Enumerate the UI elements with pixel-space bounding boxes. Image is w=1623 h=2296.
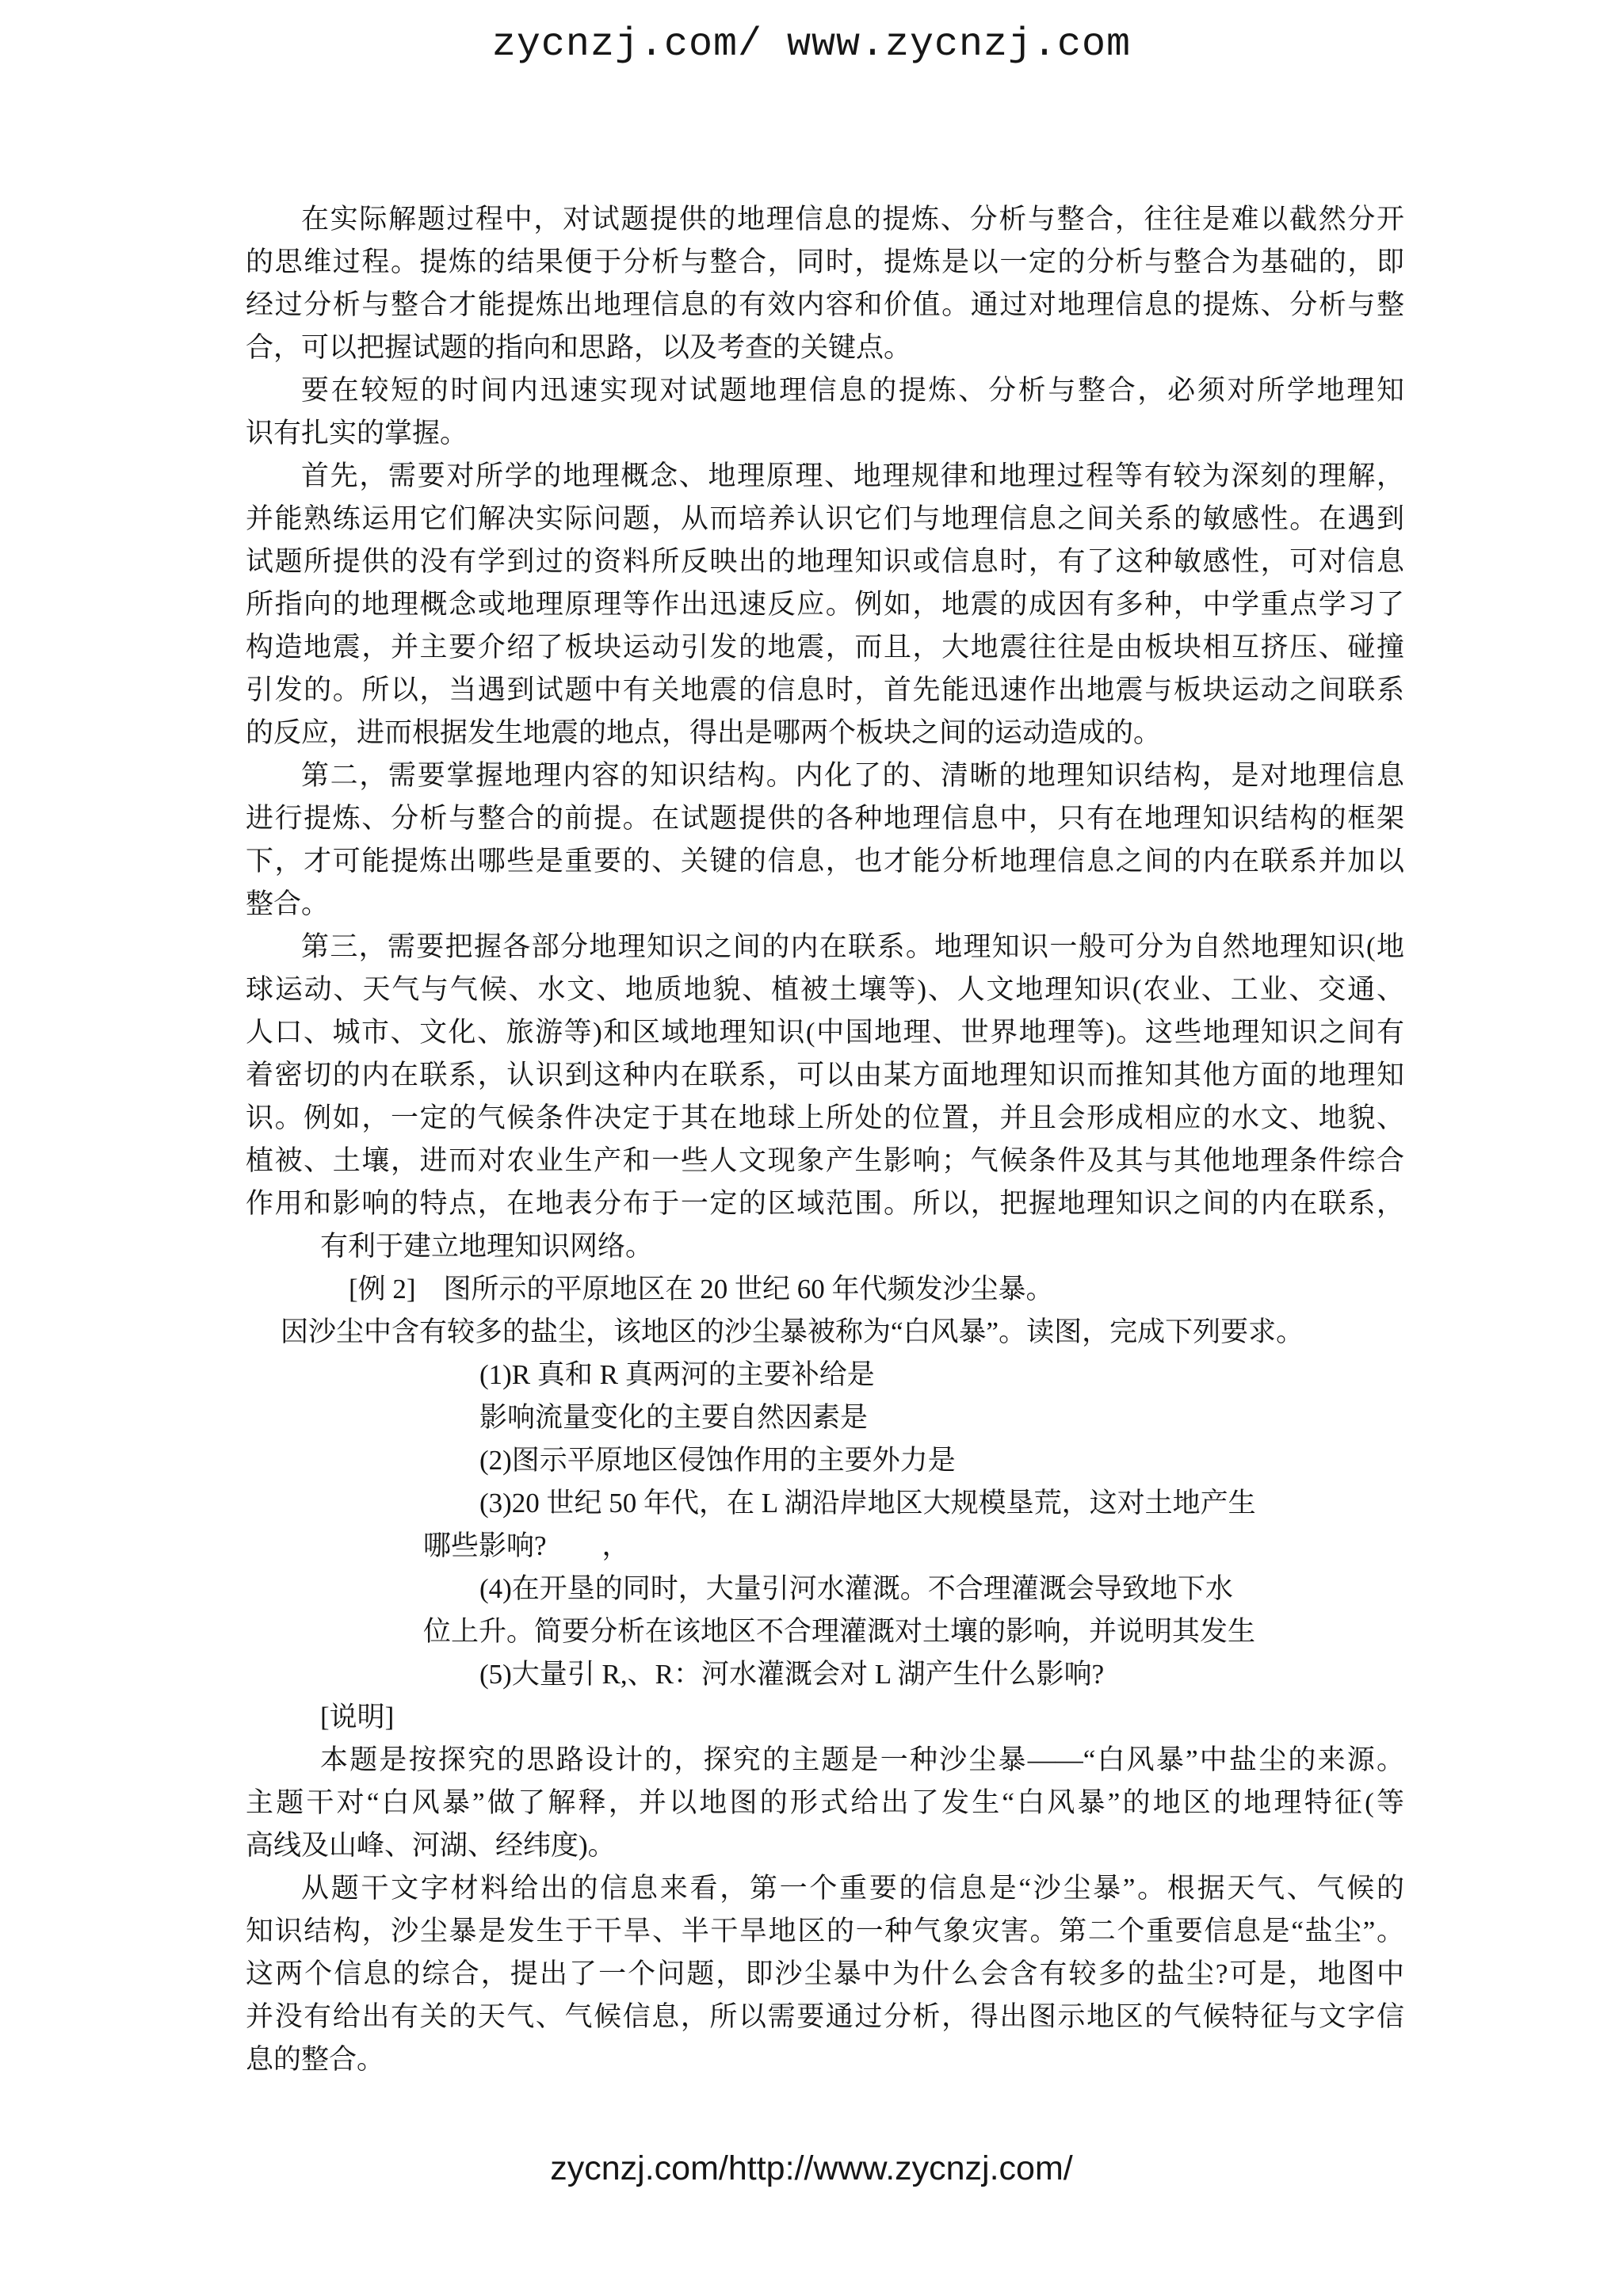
text-line: 因沙尘中含有较多的盐尘，该地区的沙尘暴被称为“白风暴”。读图，完成下列要求。 (246, 1311, 1404, 1354)
text-line: 识有扎实的掌握。 (246, 412, 1404, 455)
text-line: (1)R 真和 R 真两河的主要补给是 (246, 1354, 1404, 1396)
text-line: 第二，需要掌握地理内容的知识结构。内化了的、清晰的地理知识结构，是对地理信息 (246, 755, 1404, 797)
footer-watermark-url: zycnzj.com/http://www.zycnzj.com/ (0, 2149, 1623, 2188)
document-page: zycnzj.com/ www.zycnzj.com 在实际解题过程中，对试题提… (0, 0, 1623, 2296)
text-line: (4)在开垦的同时，大量引河水灌溉。不合理灌溉会导致地下水 (246, 1568, 1404, 1610)
text-line: 首先，需要对所学的地理概念、地理原理、地理规律和地理过程等有较为深刻的理解， (246, 455, 1404, 498)
document-body: 在实际解题过程中，对试题提供的地理信息的提炼、分析与整合，往往是难以截然分开的思… (246, 198, 1404, 2081)
text-line: 人口、城市、文化、旅游等)和区域地理知识(中国地理、世界地理等)。这些地理知识之… (246, 1011, 1404, 1054)
text-line: (2)图示平原地区侵蚀作用的主要外力是 (246, 1439, 1404, 1482)
text-line: 引发的。所以，当遇到试题中有关地震的信息时，首先能迅速作出地震与板块运动之间联系 (246, 669, 1404, 712)
text-line: 整合。 (246, 883, 1404, 926)
text-line: 试题所提供的没有学到过的资料所反映出的地理知识或信息时，有了这种敏感性，可对信息 (246, 541, 1404, 583)
text-line: 所指向的地理概念或地理原理等作出迅速反应。例如，地震的成因有多种，中学重点学习了 (246, 583, 1404, 626)
text-line: 影响流量变化的主要自然因素是 (246, 1396, 1404, 1439)
text-line: 主题干对“白风暴”做了解释，并以地图的形式给出了发生“白风暴”的地区的地理特征(… (246, 1782, 1404, 1824)
text-line: 息的整合。 (246, 2038, 1404, 2081)
text-line: 合，可以把握试题的指向和思路，以及考查的关键点。 (246, 327, 1404, 369)
text-line: 这两个信息的综合，提出了一个问题，即沙尘暴中为什么会含有较多的盐尘?可是，地图中 (246, 1953, 1404, 1996)
text-line: 要在较短的时间内迅速实现对试题地理信息的提炼、分析与整合，必须对所学地理知 (246, 369, 1404, 412)
text-line: 在实际解题过程中，对试题提供的地理信息的提炼、分析与整合，往往是难以截然分开 (246, 198, 1404, 241)
text-line: 的反应，进而根据发生地震的地点，得出是哪两个板块之间的运动造成的。 (246, 712, 1404, 755)
text-line: 并能熟练运用它们解决实际问题，从而培养认识它们与地理信息之间关系的敏感性。在遇到 (246, 498, 1404, 541)
text-line: [例 2] 图所示的平原地区在 20 世纪 60 年代频发沙尘暴。 (246, 1268, 1404, 1311)
text-line: 有利于建立地理知识网络。 (246, 1225, 1404, 1268)
text-line: (3)20 世纪 50 年代，在 L 湖沿岸地区大规模垦荒，这对土地产生 (246, 1482, 1404, 1525)
text-line: 从题干文字材料给出的信息来看，第一个重要的信息是“沙尘暴”。根据天气、气候的 (246, 1867, 1404, 1910)
text-line: 哪些影响? ， (246, 1525, 1404, 1568)
text-line: [说明] (246, 1696, 1404, 1739)
text-line: 本题是按探究的思路设计的，探究的主题是一种沙尘暴——“白风暴”中盐尘的来源。 (246, 1739, 1404, 1782)
text-line: 作用和影响的特点，在地表分布于一定的区域范围。所以，把握地理知识之间的内在联系， (246, 1182, 1404, 1225)
text-line: 第三，需要把握各部分地理知识之间的内在联系。地理知识一般可分为自然地理知识(地 (246, 926, 1404, 968)
text-line: 进行提炼、分析与整合的前提。在试题提供的各种地理信息中，只有在地理知识结构的框架 (246, 797, 1404, 840)
text-line: (5)大量引 R,、R：河水灌溉会对 L 湖产生什么影响? (246, 1653, 1404, 1696)
text-line: 经过分析与整合才能提炼出地理信息的有效内容和价值。通过对地理信息的提炼、分析与整 (246, 284, 1404, 327)
text-line: 植被、土壤，进而对农业生产和一些人文现象产生影响；气候条件及其与其他地理条件综合 (246, 1140, 1404, 1182)
text-line: 球运动、天气与气候、水文、地质地貌、植被土壤等)、人文地理知识(农业、工业、交通… (246, 968, 1404, 1011)
text-line: 知识结构，沙尘暴是发生于干旱、半干旱地区的一种气象灾害。第二个重要信息是“盐尘”… (246, 1910, 1404, 1953)
text-line: 识。例如，一定的气候条件决定于其在地球上所处的位置，并且会形成相应的水文、地貌、 (246, 1097, 1404, 1140)
text-line: 位上升。简要分析在该地区不合理灌溉对土壤的影响，并说明其发生 (246, 1610, 1404, 1653)
text-line: 的思维过程。提炼的结果便于分析与整合，同时，提炼是以一定的分析与整合为基础的，即 (246, 241, 1404, 284)
text-line: 高线及山峰、河湖、经纬度)。 (246, 1824, 1404, 1867)
text-line: 着密切的内在联系，认识到这种内在联系，可以由某方面地理知识而推知其他方面的地理知 (246, 1054, 1404, 1097)
text-line: 并没有给出有关的天气、气候信息，所以需要通过分析，得出图示地区的气候特征与文字信 (246, 1996, 1404, 2038)
header-watermark-url: zycnzj.com/ www.zycnzj.com (0, 22, 1623, 67)
text-line: 下，才可能提炼出哪些是重要的、关键的信息，也才能分析地理信息之间的内在联系并加以 (246, 840, 1404, 883)
text-line: 构造地震，并主要介绍了板块运动引发的地震，而且，大地震往往是由板块相互挤压、碰撞 (246, 626, 1404, 669)
